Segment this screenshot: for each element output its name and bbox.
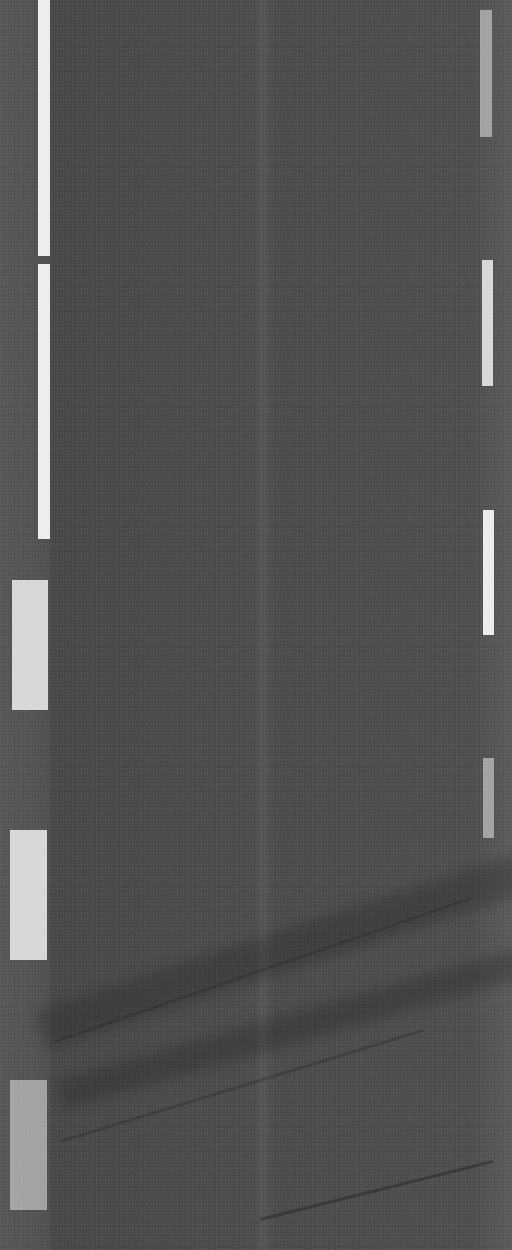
asphalt-texture [0,0,512,1250]
right-lane-dash [482,260,493,386]
right-lane-dash [483,510,494,635]
right-lane-dash [483,758,494,838]
left-edge-line-segment [38,264,50,539]
road-surface [0,0,512,1250]
right-lane-dash [480,10,492,137]
left-wide-dash [12,580,48,710]
left-wide-dash [10,1080,47,1210]
left-wide-dash [10,830,47,960]
left-edge-line-segment [38,0,50,256]
